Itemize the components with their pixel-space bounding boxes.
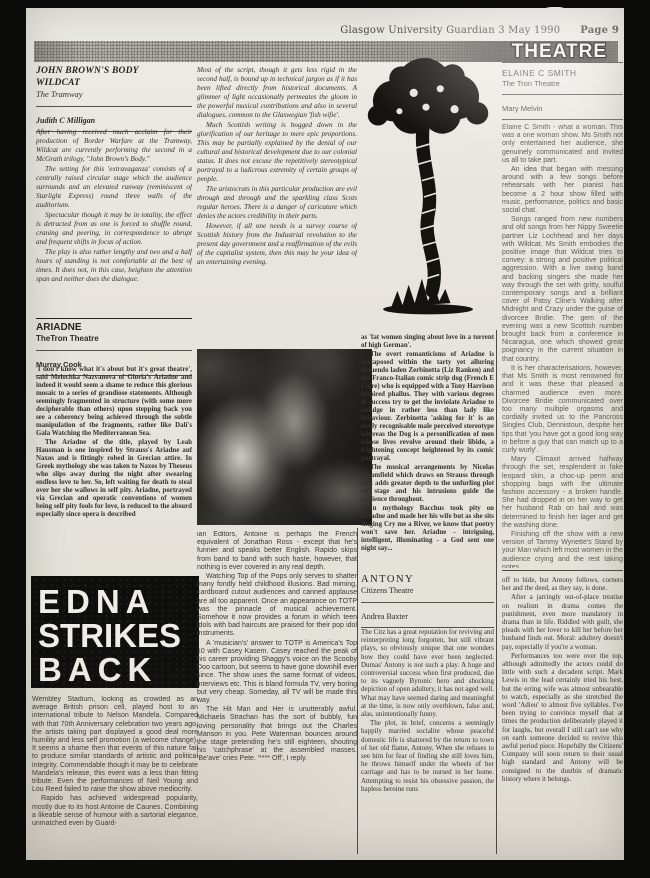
column-rule xyxy=(357,528,358,854)
paragraph: However, if all one needs is a survey co… xyxy=(197,222,357,267)
paragraph: off to hide, but Antony follows, corners… xyxy=(502,576,623,592)
masthead: Glasgow University Guardian 3 May 1990Pa… xyxy=(340,25,619,37)
performance-photo-image xyxy=(197,349,372,525)
paragraph: Most of the script, though it gets less … xyxy=(197,66,357,120)
john-brown-col2-text: Most of the script, though it gets less … xyxy=(197,66,357,346)
section-banner: THEATRE xyxy=(34,41,618,62)
paragraph: Finishing off the show with a new versio… xyxy=(502,531,623,568)
column-top-rule xyxy=(502,62,623,63)
paragraph: After having received much acclaim for t… xyxy=(36,128,192,164)
paragraph: Mary Climaxit arrived halfway through th… xyxy=(502,456,623,530)
column-rule xyxy=(496,330,497,854)
newspaper-page: Glasgow University Guardian 3 May 1990Pa… xyxy=(26,8,624,860)
paragraph: The aristocrats in this particular produ… xyxy=(197,185,357,221)
paragraph: Watching Top of the Pops only serves to … xyxy=(197,573,357,639)
antony-header: ANTONY Citizens Theatre Andrea Baxter xyxy=(361,574,494,628)
page-number: Page 9 xyxy=(580,25,619,36)
article-divider-rule xyxy=(502,570,623,571)
paragraph: The Hit Man and Her is unutterably awful… xyxy=(197,706,357,763)
paragraph: Much Scottish writing is bogged down in … xyxy=(197,121,357,184)
newspaper-scan: Glasgow University Guardian 3 May 1990Pa… xyxy=(0,0,650,878)
ariadne-col1-text: 'I don't know what it's about but it's g… xyxy=(36,366,192,570)
edna-col2-text: ian Editors, Antoine is perhaps the Fren… xyxy=(197,531,357,853)
article-venue: Citizens Theatre xyxy=(361,586,494,596)
paragraph: Songs ranged from new numbers and old so… xyxy=(502,216,623,364)
antony-col3-text: The Citz has a great reputation for revi… xyxy=(361,628,494,854)
byline: Mary Melvin xyxy=(502,94,623,120)
paragraph: 'I don't know what it's about but it's g… xyxy=(36,366,192,438)
byline-name: Mary Melvin xyxy=(502,104,542,113)
elaine-col4-text: Elaine C Smith - what a woman. This was … xyxy=(502,124,623,568)
paragraph: Spectacular though it may be in totality… xyxy=(36,211,192,247)
elaine-header: ELAINE C SMITH The Tron Theatre Mary Mel… xyxy=(502,68,623,120)
article-title: ELAINE C SMITH xyxy=(502,68,623,79)
paragraph: After a jarringly out-of-place treatise … xyxy=(502,593,623,650)
paragraph: Rapido has achieved widespread popularit… xyxy=(32,795,198,828)
masthead-title: Glasgow University Guardian 3 May 1990 xyxy=(340,25,560,36)
headline-line: STRIKES xyxy=(38,619,192,653)
paragraph: as 'fat women singing about love in a to… xyxy=(361,334,494,350)
section-banner-title: THEATRE xyxy=(512,41,607,62)
article-company: WILDCAT xyxy=(36,78,192,90)
article-title: ANTONY xyxy=(361,574,494,586)
paragraph: The Ariadne of the title, played by Leah… xyxy=(36,439,192,519)
edna-col1-text: Wembley Stadium, looking as crowded as a… xyxy=(32,696,198,854)
byline-name: Andrea Baxter xyxy=(361,612,408,621)
byline-name: Judith C Milligan xyxy=(36,116,95,125)
john-brown-col1-text: After having received much acclaim for t… xyxy=(36,128,192,318)
paragraph: A 'musician's' answer to TOTP is America… xyxy=(197,640,357,706)
paragraph: The Citz has a great reputation for revi… xyxy=(361,628,494,718)
paragraph: The overt romanticisms of Ariadne is jux… xyxy=(361,351,494,463)
paragraph: ian Editors, Antoine is perhaps the Fren… xyxy=(197,531,357,572)
article-title: ARIADNE xyxy=(36,322,192,334)
paragraph: The play is also rather lengthy and two … xyxy=(36,248,192,284)
paragraph: The setting for this 'extravaganza' cons… xyxy=(36,165,192,210)
paragraph: In mythology Bacchus took pity on Ariadn… xyxy=(361,505,494,553)
tree-illustration xyxy=(350,50,504,346)
tree-illustration-svg xyxy=(350,50,504,346)
byline: Andrea Baxter xyxy=(361,602,494,628)
paragraph: It is her characterisations, however, th… xyxy=(502,365,623,455)
paragraph: An idea that began with messing around w… xyxy=(502,166,623,215)
paragraph: The musical arrangements by Nicolas Bloo… xyxy=(361,464,494,504)
article-venue: The Tron Theatre xyxy=(502,79,623,89)
paragraph: Elaine C Smith - what a woman. This was … xyxy=(502,124,623,165)
edna-headline-box: EDNA STRIKES BACK xyxy=(31,576,199,688)
paragraph: The plot, in brief, concerns a seemingly… xyxy=(361,719,494,793)
performance-photo xyxy=(197,349,372,525)
john-brown-header: JOHN BROWN'S BODY WILDCAT The Tramway Ju… xyxy=(36,66,192,132)
article-venue: The Tramway xyxy=(36,89,192,100)
article-title: JOHN BROWN'S BODY xyxy=(36,66,192,78)
headline-line: EDNA xyxy=(38,585,192,619)
paragraph: Performances too were over the top, alth… xyxy=(502,652,623,783)
article-venue: TheTron Theatre xyxy=(36,334,192,344)
paragraph: Wembley Stadium, looking as crowded as a… xyxy=(32,696,198,794)
antony-col4-text: off to hide, but Antony follows, corners… xyxy=(502,576,623,854)
headline-line: BACK xyxy=(38,653,192,687)
ariadne-col3-text: as 'fat women singing about love in a to… xyxy=(361,334,494,568)
